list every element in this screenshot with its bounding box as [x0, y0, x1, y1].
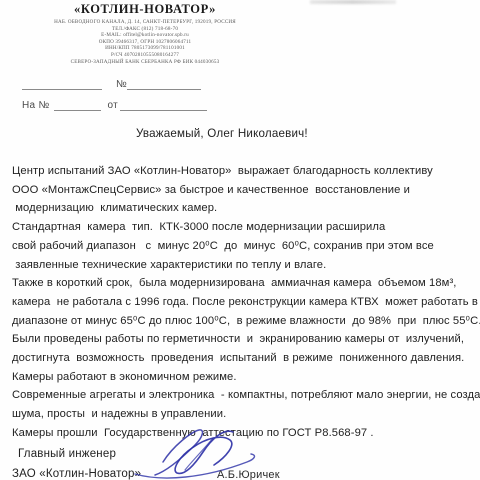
number-blank-line	[127, 79, 201, 90]
reply-label: На №	[22, 100, 50, 111]
body-line: Были проведены работы по герметичности и…	[12, 330, 478, 349]
signatory-position-line2: ЗАО «Котлин-Новатор»	[12, 468, 141, 480]
body-line: модернизацию климатических камер.	[12, 199, 478, 218]
body-line: свой рабочий диапазон с минус 20⁰С до ми…	[12, 237, 478, 256]
reply-reference-row: На №от	[22, 100, 382, 111]
reply-date-blank-line	[120, 100, 207, 111]
number-label: №	[116, 79, 127, 90]
signatory-name: А.Б.Юричек	[217, 469, 280, 480]
body-line: достигнута возможность проведения испыта…	[12, 349, 478, 368]
body-line: Также в короткий срок, была модернизиров…	[12, 274, 478, 293]
body-line: Камеры работают в экономичном режиме.	[12, 368, 478, 387]
scan-artifact	[310, 0, 396, 4]
outgoing-number-row: №	[22, 79, 382, 90]
letterhead-address: НАБ. ОБВОДНОГО КАНАЛА, Д. 14, САНКТ-ПЕТЕ…	[28, 19, 262, 26]
signatory-position-line1: Главный инженер	[18, 448, 116, 460]
salutation: Уважаемый, Олег Николаевич!	[136, 127, 308, 140]
body-line: Современные агрегаты и электроника - ком…	[12, 386, 478, 405]
from-label: от	[108, 100, 119, 111]
date-blank-line	[22, 79, 102, 90]
letterhead-account: Р/СЧ 40702810555080164277	[28, 52, 262, 59]
body-line: шума, просты и надежны в управлении.	[12, 405, 478, 424]
company-name: «КОТЛИН-НОВАТОР»	[28, 2, 262, 17]
scanned-letter-page: «КОТЛИН-НОВАТОР» НАБ. ОБВОДНОГО КАНАЛА, …	[0, 0, 480, 480]
reply-number-blank-line	[54, 100, 101, 111]
letterhead: «КОТЛИН-НОВАТОР» НАБ. ОБВОДНОГО КАНАЛА, …	[28, 2, 262, 65]
body-line: камера не работала с 1996 года. После ре…	[12, 293, 478, 312]
body-line: ООО «МонтажСпецСервис» за быстрое и каче…	[12, 181, 478, 200]
letterhead-bank: СЕВЕРО-ЗАПАДНЫЙ БАНК СБЕРБАНКА РФ БИК 04…	[28, 59, 262, 66]
letterhead-email: E-MAIL: offitel@kotlin-novator.spb.ru	[28, 32, 262, 39]
letterhead-inn-kpp: ИНН/КПП 7805173099/781101001	[28, 45, 262, 52]
body-line: Центр испытаний ЗАО «Котлин-Новатор» выр…	[12, 162, 478, 181]
body-line: диапазоне от минус 65⁰С до плюс 100⁰С, в…	[12, 312, 478, 331]
letterhead-okpo-ogrn: ОКПО 39466317, ОГРН 1027806064711	[28, 39, 262, 46]
body-line: Стандартная камера тип. КТК-3000 после м…	[12, 218, 478, 237]
body-line: заявленные технические характеристики по…	[12, 256, 478, 275]
letter-body: Центр испытаний ЗАО «Котлин-Новатор» выр…	[12, 162, 478, 443]
